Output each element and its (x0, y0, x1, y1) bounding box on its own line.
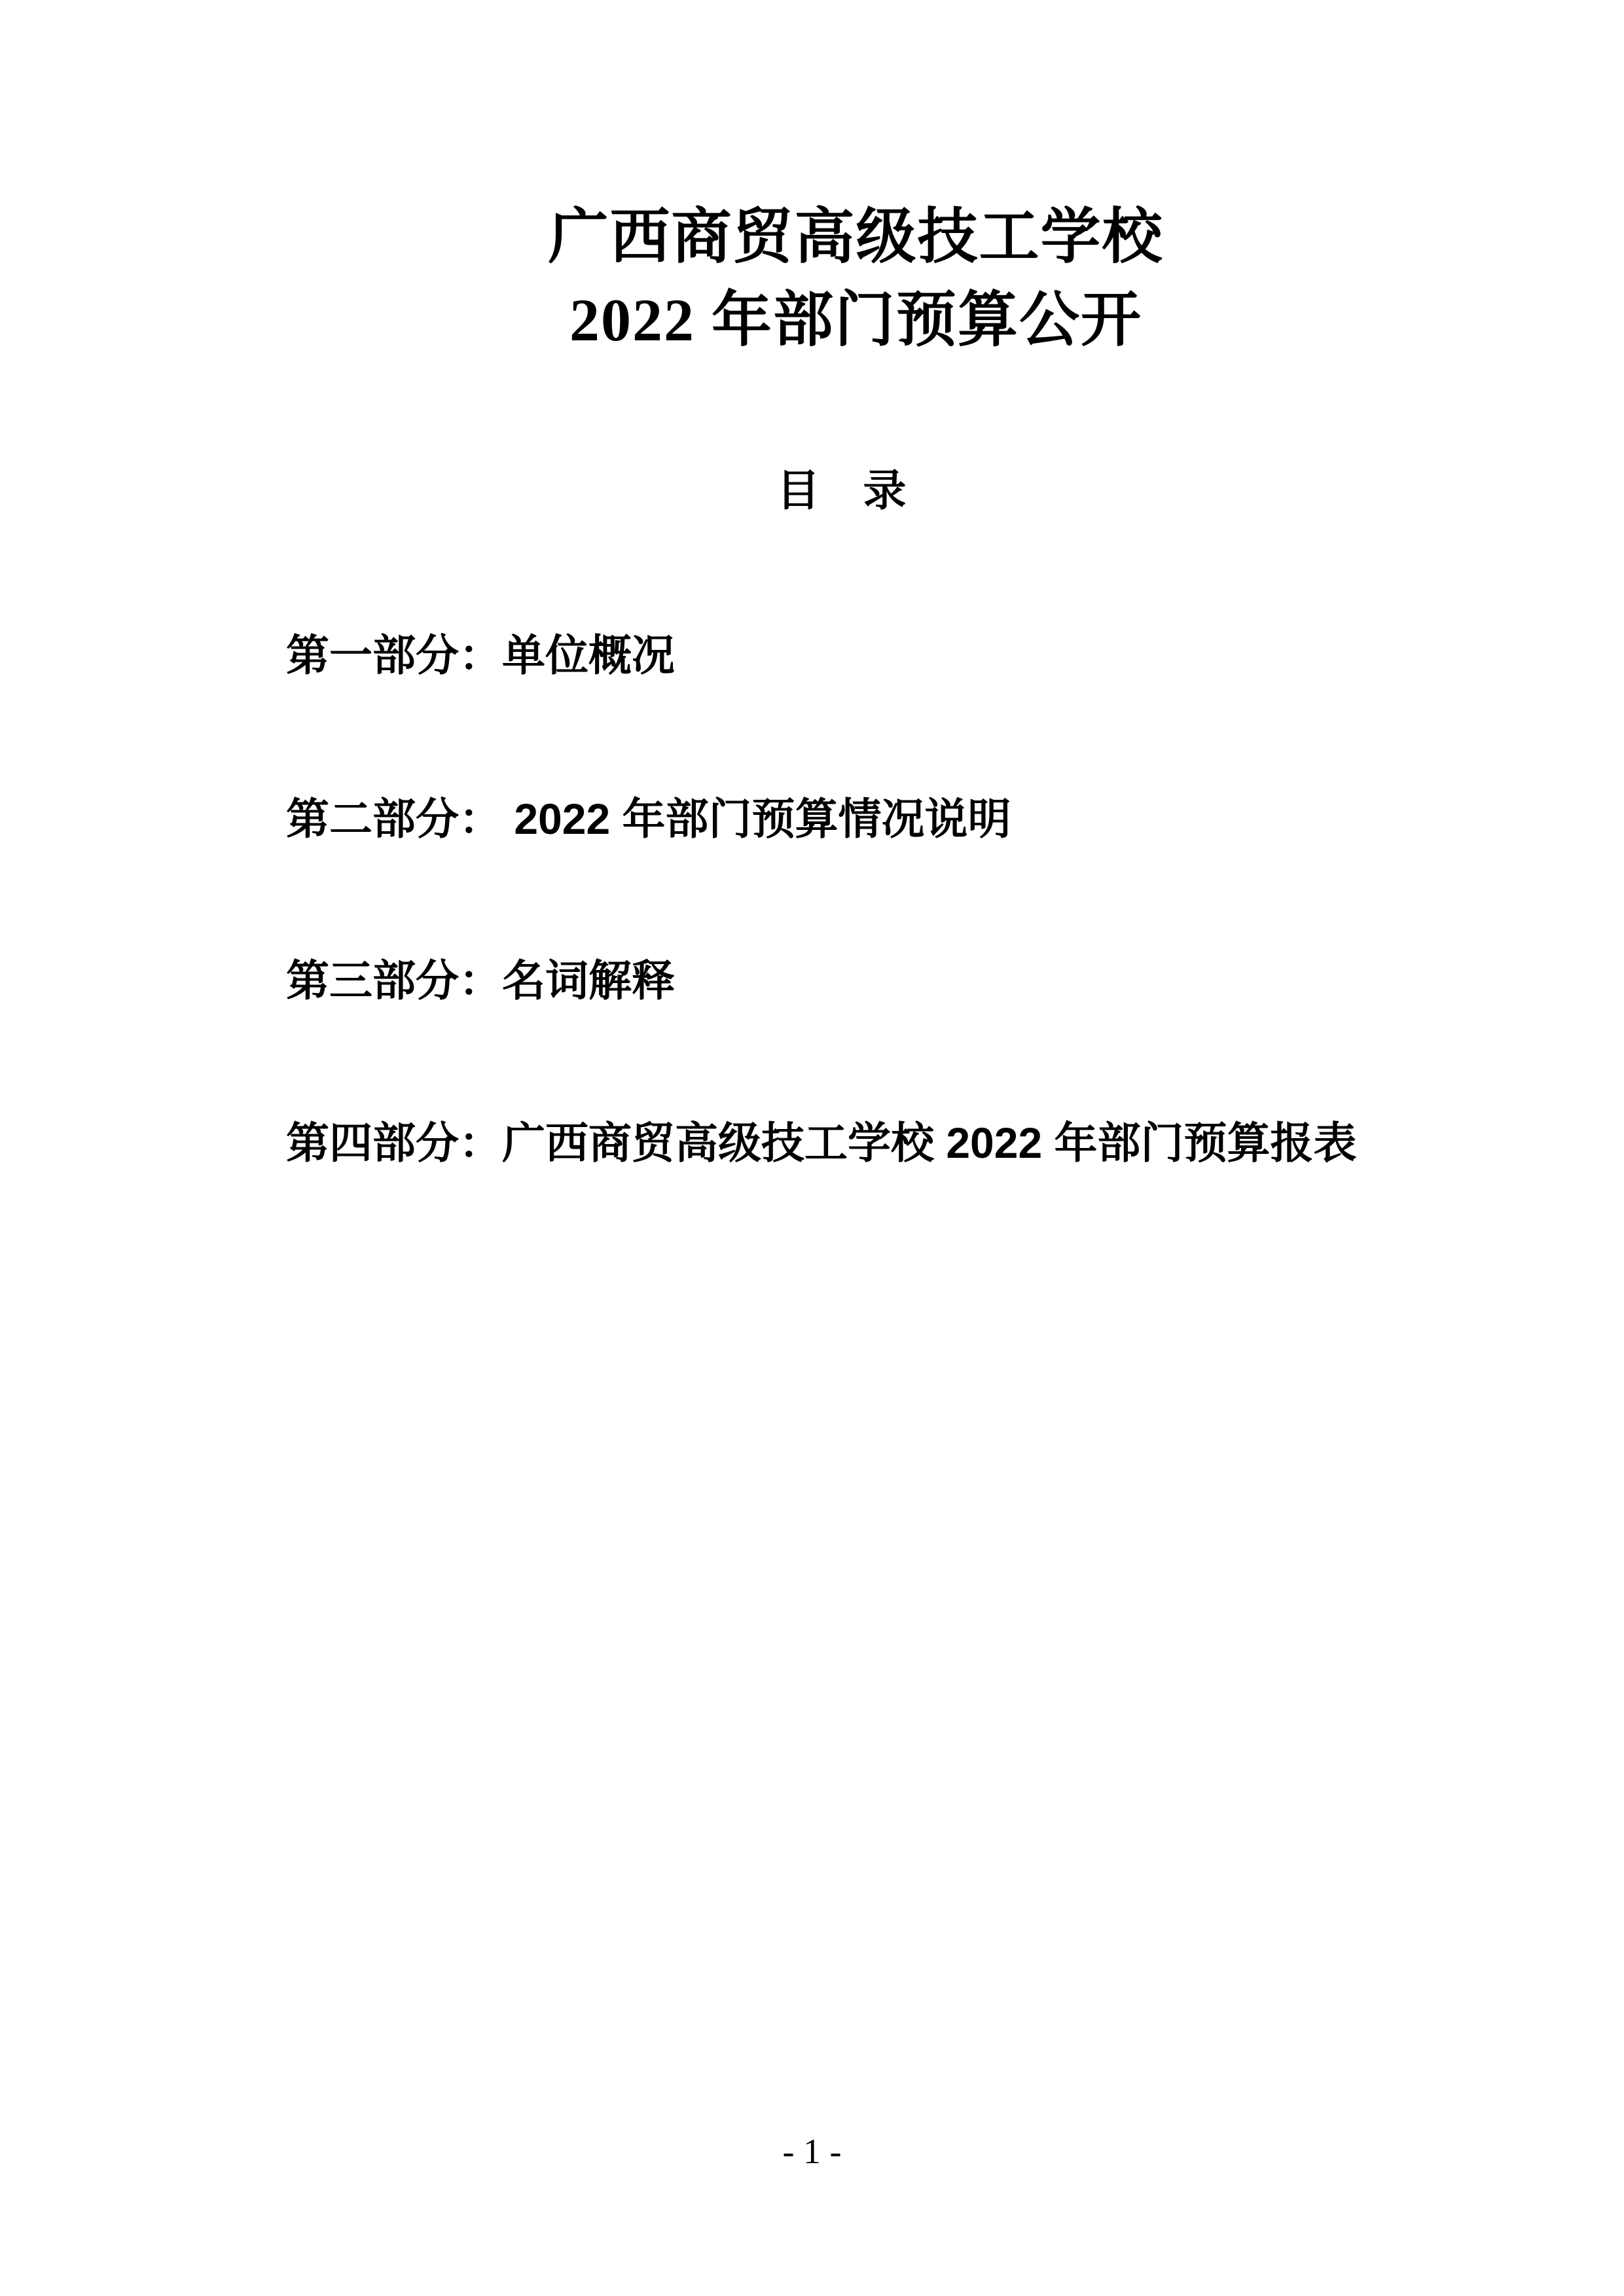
page-number: - 1 - (0, 2134, 1624, 2169)
toc-item-part-4: 第四部分：广西商贸高级技工学校 2022 年部门预算报表 (286, 1121, 1357, 1164)
toc-heading: 目 录 (59, 469, 1624, 512)
toc-item-part-3: 第三部分：名词解释 (286, 959, 675, 1002)
document-page: 广西商贸高级技工学校 2022 年部门预算公开 目 录 第一部分：单位概况 第二… (0, 0, 1624, 2296)
toc-item-part-1: 第一部分：单位概况 (286, 634, 675, 677)
document-title-line-2: 2022 年部门预算公开 (88, 290, 1624, 350)
toc-item-part-2: 第二部分： 2022 年部门预算情况说明 (286, 797, 1011, 840)
document-title-line-1: 广西商贸高级技工学校 (88, 207, 1624, 267)
